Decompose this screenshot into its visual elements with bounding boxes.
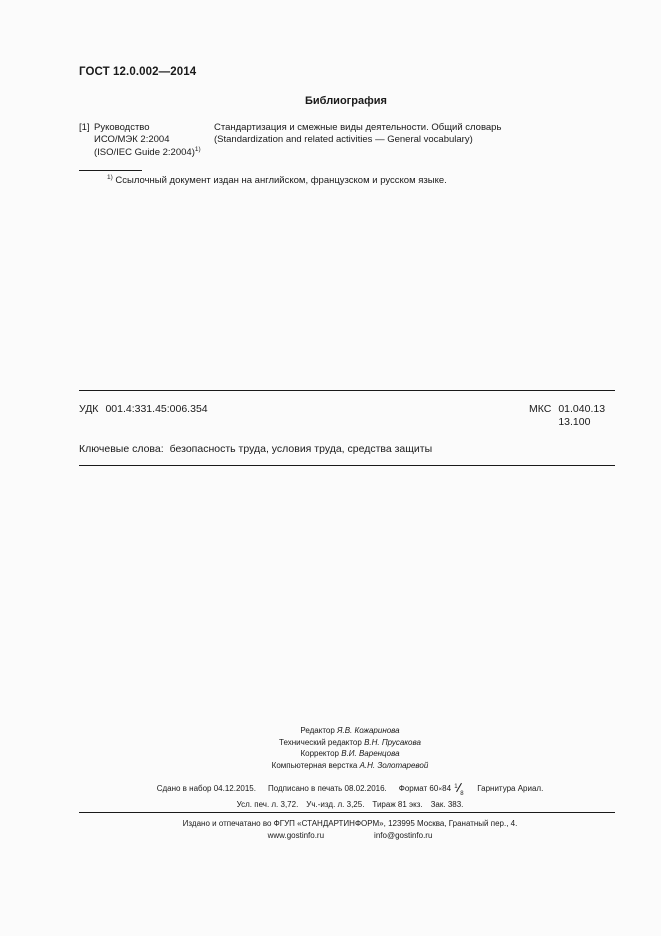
- mks-label: МКС: [529, 403, 551, 415]
- credit-proofreader: Корректор В.И. Варенцова: [200, 748, 500, 760]
- footnote-mark[interactable]: 1): [195, 146, 201, 153]
- udk-label: УДК: [79, 403, 98, 415]
- mks-code: 01.040.13: [558, 403, 605, 416]
- source-line: Руководство: [94, 122, 150, 133]
- signed-date: Подписано в печать 08.02.2016.: [268, 784, 387, 793]
- section-title: Библиография: [305, 95, 387, 107]
- website-link[interactable]: www.gostinfo.ru: [268, 831, 324, 840]
- publisher-info: Издано и отпечатано во ФГУП «СТАНДАРТИНФ…: [100, 818, 600, 842]
- source-line: (ISO/IEC Guide 2:2004): [94, 147, 195, 158]
- divider-top: [79, 390, 615, 391]
- divider-bottom: [79, 812, 615, 813]
- print-sheets: Усл. печ. л. 3,72.: [237, 800, 299, 809]
- mks-classification: МКС 01.040.13 13.100: [529, 403, 605, 429]
- divider-middle: [79, 465, 615, 466]
- fraction-glyph: 18: [453, 783, 465, 793]
- typeface: Гарнитура Ариал.: [477, 784, 543, 793]
- credit-layout: Компьютерная верстка А.Н. Золотаревой: [200, 760, 500, 772]
- title-line-ru: Стандартизация и смежные виды деятельнос…: [214, 122, 501, 134]
- bibliography-entry-number: [1]: [79, 122, 94, 134]
- footnote-mark: 1): [107, 174, 113, 181]
- credit-editor: Редактор Я.В. Кожаринова: [200, 725, 500, 737]
- keywords: Ключевые слова:безопасность труда, услов…: [79, 443, 432, 455]
- pub-sheets: Уч.-изд. л. 3,25.: [306, 800, 364, 809]
- credits: Редактор Я.В. Кожаринова Технический ред…: [200, 725, 500, 772]
- udk-classification: УДК001.4:331.45:006.354: [79, 403, 208, 415]
- bibliography-entry-title: Стандартизация и смежные виды деятельнос…: [214, 122, 501, 147]
- format: Формат 60×84 18: [399, 784, 466, 793]
- footnote: 1) Ссылочный документ издан на английско…: [107, 175, 447, 186]
- credit-tech-editor: Технический редактор В.Н. Прусакова: [200, 737, 500, 749]
- bibliography-entry-source: [1]Руководство ИСО/МЭК 2:2004 (ISO/IEC G…: [79, 122, 201, 159]
- print-info-row-2: Усл. печ. л. 3,72.Уч.-изд. л. 3,25.Тираж…: [100, 797, 600, 812]
- order-number: Зак. 383.: [431, 800, 464, 809]
- keywords-value: безопасность труда, условия труда, средс…: [170, 443, 433, 455]
- title-line-en: (Standardization and related activities …: [214, 134, 501, 146]
- source-line: ИСО/МЭК 2:2004: [79, 134, 201, 146]
- print-info: Сдано в набор 04.12.2015.Подписано в печ…: [100, 781, 600, 813]
- typeset-date: Сдано в набор 04.12.2015.: [157, 784, 256, 793]
- keywords-label: Ключевые слова:: [79, 443, 164, 455]
- publisher-line: Издано и отпечатано во ФГУП «СТАНДАРТИНФ…: [100, 818, 600, 830]
- document-code: ГОСТ 12.0.002—2014: [79, 66, 196, 78]
- udk-value: 001.4:331.45:006.354: [105, 403, 207, 415]
- print-info-row-1: Сдано в набор 04.12.2015.Подписано в печ…: [100, 781, 600, 797]
- footnote-text: Ссылочный документ издан на английском, …: [115, 175, 446, 186]
- mks-code: 13.100: [558, 416, 605, 429]
- print-run: Тираж 81 экз.: [372, 800, 422, 809]
- footnote-divider: [79, 170, 142, 171]
- email-link[interactable]: info@gostinfo.ru: [374, 831, 432, 840]
